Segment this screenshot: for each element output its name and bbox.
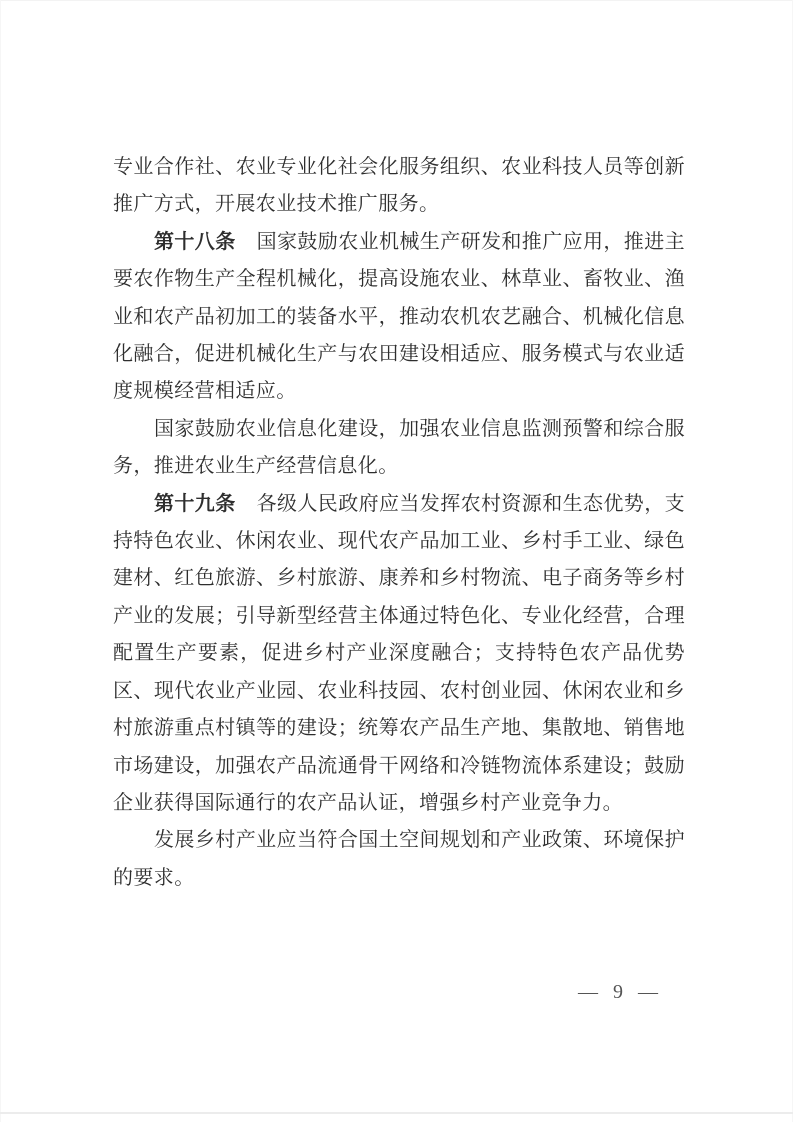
scan-edge-top xyxy=(0,0,793,1)
paragraph-article-18-information: 国家鼓励农业信息化建设，加强农业信息监测预警和综合服务，推进农业生产经营信息化。 xyxy=(113,411,685,486)
scan-edge-left xyxy=(0,0,1,1122)
document-page: 专业合作社、农业专业化社会化服务组织、农业科技人员等创新推广方式，开展农业技术推… xyxy=(0,0,793,1122)
paragraph-text: 国家鼓励农业信息化建设，加强农业信息监测预警和综合服务，推进农业生产经营信息化。 xyxy=(113,418,685,477)
article-18-number: 第十八条 xyxy=(154,231,236,253)
paragraph-text: 发展乡村产业应当符合国土空间规划和产业政策、环境保护的要求。 xyxy=(113,829,685,888)
paragraph-tail-article-17: 专业合作社、农业专业化社会化服务组织、农业科技人员等创新推广方式，开展农业技术推… xyxy=(113,149,685,224)
article-19-number: 第十九条 xyxy=(154,493,236,515)
page-number: — 9 — xyxy=(578,981,663,1003)
scan-edge-bottom xyxy=(0,1112,793,1114)
paragraph-article-19-requirements: 发展乡村产业应当符合国土空间规划和产业政策、环境保护的要求。 xyxy=(113,822,685,897)
paragraph-text: 专业合作社、农业专业化社会化服务组织、农业科技人员等创新推广方式，开展农业技术推… xyxy=(113,156,685,215)
paragraph-article-18: 第十八条国家鼓励农业机械生产研发和推广应用，推进主要农作物生产全程机械化，提高设… xyxy=(113,224,685,411)
document-text-block: 专业合作社、农业专业化社会化服务组织、农业科技人员等创新推广方式，开展农业技术推… xyxy=(113,149,685,897)
paragraph-text: 各级人民政府应当发挥农村资源和生态优势，支持特色农业、休闲农业、现代农产品加工业… xyxy=(113,493,685,814)
paragraph-text: 国家鼓励农业机械生产研发和推广应用，推进主要农作物生产全程机械化，提高设施农业、… xyxy=(113,231,685,403)
paragraph-article-19: 第十九条各级人民政府应当发挥农村资源和生态优势，支持特色农业、休闲农业、现代农产… xyxy=(113,486,685,823)
